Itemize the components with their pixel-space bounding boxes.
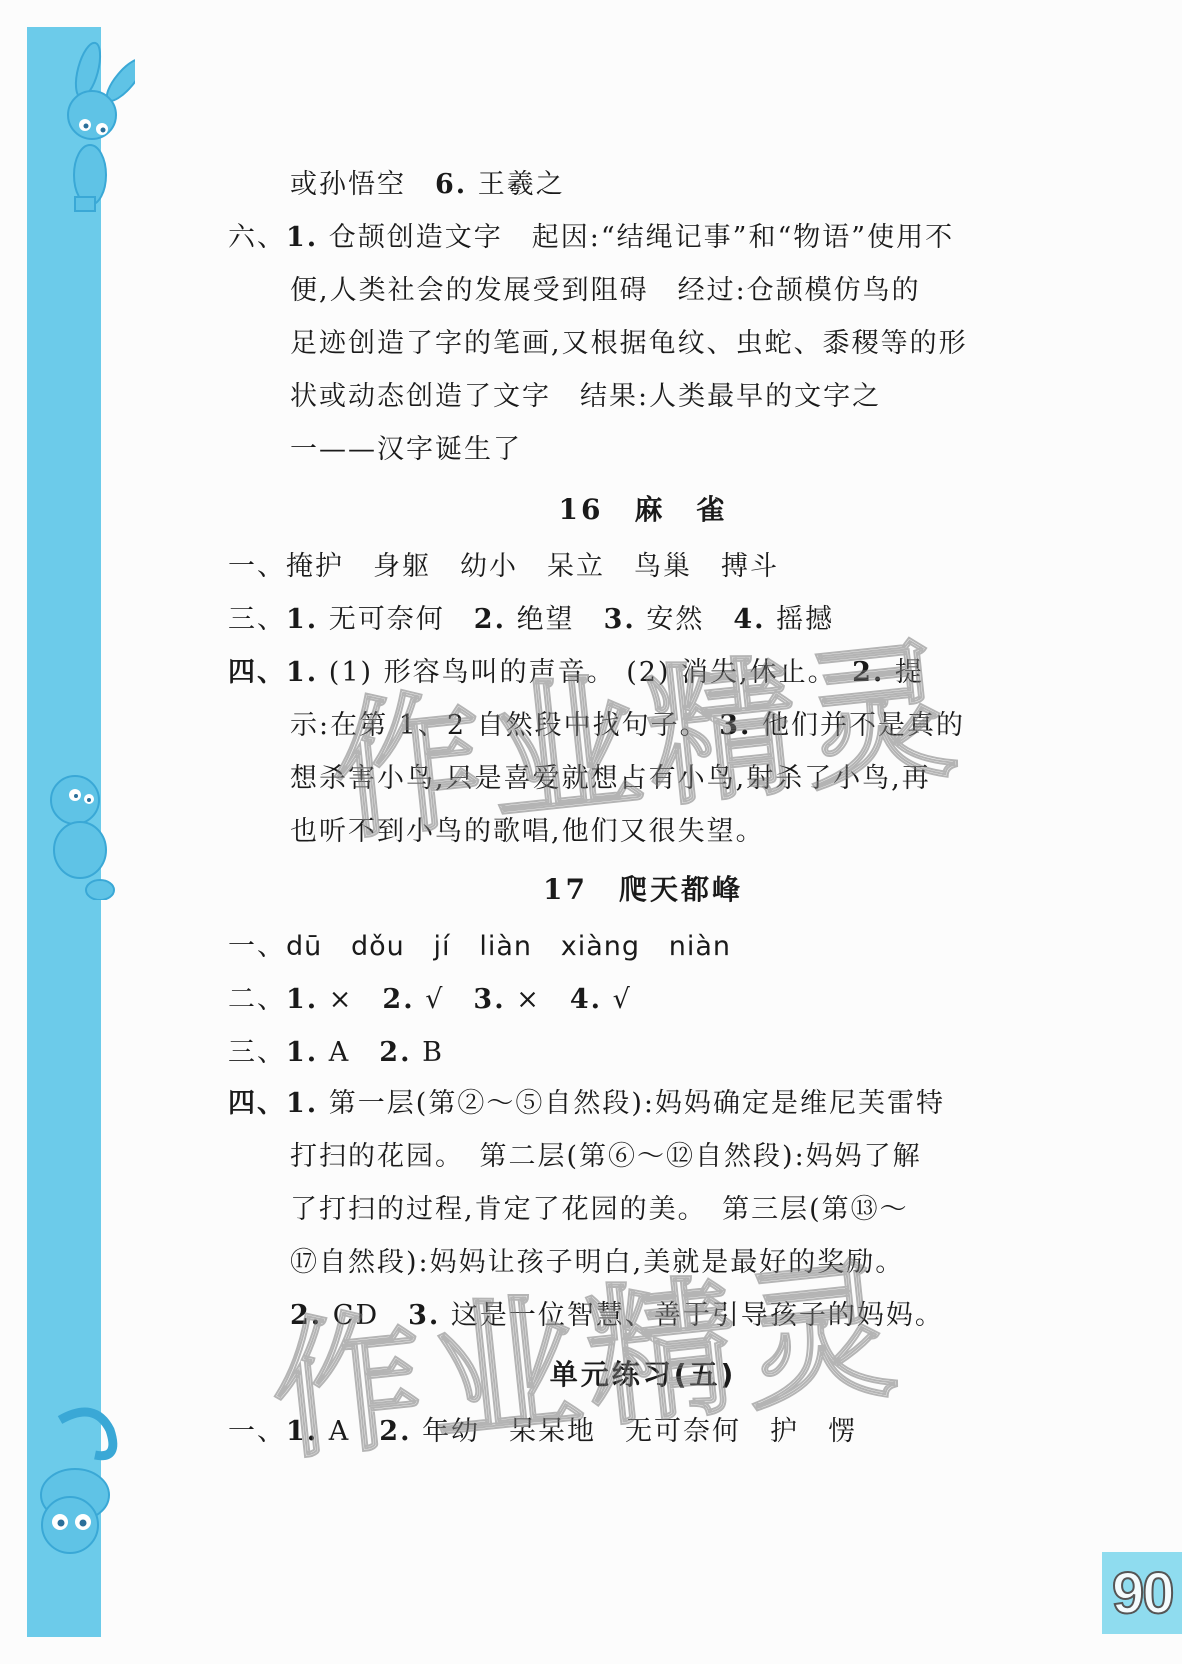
- answer-line: 示:在第 1、2 自然段中找句子。 3. 他们并不是真的: [290, 706, 965, 746]
- answer-line: 状或动态创造了文字 结果:人类最早的文字之: [290, 377, 881, 417]
- item-number: 1.: [286, 1088, 318, 1119]
- answer-text: B: [422, 1037, 444, 1068]
- answer-line: 足迹创造了字的笔画,又根据龟纹、虫蛇、黍稷等的形: [290, 324, 968, 364]
- item-number: 3.: [604, 604, 636, 635]
- item-number: 4.: [570, 984, 602, 1015]
- answer-text: 掩护 身躯 幼小 呆立 鸟巢 搏斗: [286, 551, 779, 582]
- question-prefix: 三、: [228, 1037, 286, 1068]
- answer-text: 提: [895, 657, 924, 688]
- answer-text: 摇撼: [776, 604, 834, 635]
- question-prefix: 一、: [228, 1416, 286, 1447]
- answer-mark: ×: [329, 984, 354, 1015]
- answer-text: 王羲之: [478, 169, 565, 200]
- section-title-unit5: 单元练习(五): [228, 1353, 1058, 1393]
- answer-line: 四、1. (1) 形容鸟叫的声音。 (2) 消失,休止。 2. 提: [228, 653, 924, 693]
- item-number: 2.: [379, 1416, 411, 1447]
- answer-text: 第一层(第②～⑤自然段):妈妈确定是维尼芙雷特: [329, 1088, 945, 1119]
- item-number: 1.: [286, 1416, 318, 1447]
- cat-mascot-icon: [25, 765, 125, 900]
- answer-line: 了打扫的过程,肯定了花园的美。 第三层(第⑬～: [290, 1190, 909, 1230]
- answer-text: 安然: [646, 604, 704, 635]
- item-number: 1.: [286, 1037, 318, 1068]
- answer-line: ⑰自然段):妈妈让孩子明白,美就是最好的奖励。: [290, 1243, 904, 1283]
- answer-line: 六、1. 仓颉创造文字 起因:“结绳记事”和“物语”使用不: [228, 218, 954, 258]
- item-number: 2.: [379, 1037, 411, 1068]
- section-name: 麻 雀: [634, 493, 727, 526]
- answer-line: 三、1. 无可奈何 2. 绝望 3. 安然 4. 摇撼: [228, 600, 834, 640]
- page-number-tab: 90: [1102, 1552, 1182, 1634]
- answer-mark: √: [613, 984, 632, 1015]
- item-number: 3.: [719, 710, 751, 741]
- item-number: 4.: [733, 604, 765, 635]
- rabbit-mascot-icon: [20, 25, 135, 225]
- answer-line: 想杀害小鸟,只是喜爱就想占有小鸟,射杀了小鸟,再: [290, 759, 931, 799]
- answer-text: (1) 形容鸟叫的声音。 (2) 消失,休止。: [329, 657, 823, 688]
- answer-text: 年幼 呆呆地 无可奈何 护 愣: [422, 1416, 857, 1447]
- answer-line: 打扫的花园。 第二层(第⑥～⑫自然段):妈妈了解: [290, 1137, 922, 1177]
- answer-text: A: [329, 1037, 351, 1068]
- page-number: 90: [1112, 1560, 1173, 1627]
- answer-mark: ×: [516, 984, 541, 1015]
- question-prefix: 四、: [228, 1088, 286, 1119]
- question-prefix: 四、: [228, 657, 286, 688]
- answer-text: A: [329, 1416, 351, 1447]
- item-number: 6.: [435, 169, 467, 200]
- answer-text: 示:在第 1、2 自然段中找句子。: [290, 710, 709, 741]
- item-number: 3.: [408, 1300, 440, 1331]
- answer-line: 一、1. A 2. 年幼 呆呆地 无可奈何 护 愣: [228, 1412, 857, 1452]
- answer-text: 仓颉创造文字 起因:“结绳记事”和“物语”使用不: [329, 222, 954, 253]
- answer-line: 便,人类社会的发展受到阻碍 经过:仓颉模仿鸟的: [290, 271, 921, 311]
- item-number: 2.: [474, 604, 506, 635]
- answer-mark: √: [425, 984, 444, 1015]
- section-name: 爬天都峰: [619, 873, 743, 906]
- answer-line: 四、1. 第一层(第②～⑤自然段):妈妈确定是维尼芙雷特: [228, 1084, 945, 1124]
- answer-line: 一——汉字诞生了: [290, 430, 522, 470]
- answer-text: CD: [333, 1300, 379, 1331]
- answer-text: 或孙悟空: [290, 169, 406, 200]
- section-title-17: 17 爬天都峰: [228, 868, 1058, 908]
- answer-line: 三、1. A 2. B: [228, 1033, 444, 1073]
- section-number: 17: [543, 873, 588, 906]
- section-number: 16: [559, 493, 604, 526]
- answer-line: 也听不到小鸟的歌唱,他们又很失望。: [290, 812, 765, 852]
- item-number: 1.: [286, 657, 318, 688]
- item-number: 3.: [473, 984, 505, 1015]
- item-number: 2.: [852, 657, 884, 688]
- answer-line: 2. CD 3. 这是一位智慧、善于引导孩子的妈妈。: [290, 1296, 944, 1336]
- tiger-mascot-icon: [25, 1400, 135, 1560]
- answer-text: 绝望: [517, 604, 575, 635]
- answer-text: 他们并不是真的: [762, 710, 965, 741]
- answer-text: 这是一位智慧、善于引导孩子的妈妈。: [451, 1300, 944, 1331]
- pinyin-answer: dū dǒu jí liàn xiàng niàn: [286, 931, 731, 962]
- answer-text: 无可奈何: [329, 604, 445, 635]
- question-prefix: 三、: [228, 604, 286, 635]
- question-prefix: 一、: [228, 931, 286, 962]
- item-number: 2.: [290, 1300, 322, 1331]
- question-prefix: 二、: [228, 984, 286, 1015]
- answer-line: 或孙悟空 6. 王羲之: [290, 165, 565, 205]
- item-number: 1.: [286, 984, 318, 1015]
- item-number: 1.: [286, 222, 318, 253]
- answer-line: 一、dū dǒu jí liàn xiàng niàn: [228, 927, 731, 967]
- item-number: 2.: [382, 984, 414, 1015]
- answer-line: 二、1. × 2. √ 3. × 4. √: [228, 980, 632, 1020]
- question-prefix: 六、: [228, 222, 286, 253]
- answer-line: 一、掩护 身躯 幼小 呆立 鸟巢 搏斗: [228, 547, 779, 587]
- question-prefix: 一、: [228, 551, 286, 582]
- item-number: 1.: [286, 604, 318, 635]
- section-title-16: 16 麻 雀: [228, 488, 1058, 528]
